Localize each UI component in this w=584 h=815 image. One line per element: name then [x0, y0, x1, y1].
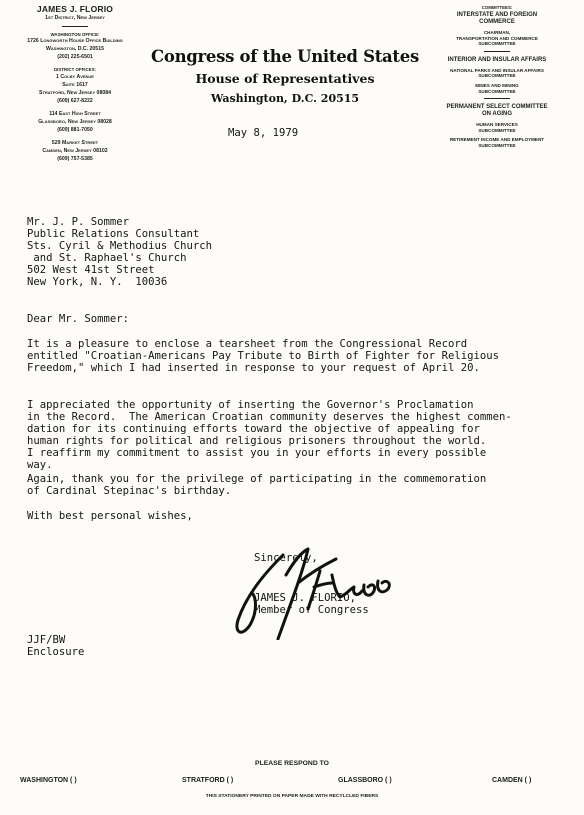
district-office-stratford: 1 Colby Avenue Suite 1617 Stratford, New…: [0, 73, 150, 105]
office-line: Suite 1617: [0, 81, 150, 89]
respond-option-camden[interactable]: CAMDEN ( ): [492, 777, 531, 784]
committees-heading: COMMITTEES:: [410, 5, 584, 10]
initials-enclosure: JJF/BW Enclosure: [27, 634, 84, 658]
committee-name: PERMANENT SELECT COMMITTEE: [410, 104, 584, 111]
masthead-title: Congress of the United States: [150, 47, 420, 67]
subcommittee-line: SUBCOMMITTEE: [410, 128, 584, 134]
body-paragraph: It is a pleasure to enclose a tearsheet …: [27, 338, 499, 374]
salutation: Dear Mr. Sommer:: [27, 313, 129, 325]
committee-name: INTERIOR AND INSULAR AFFAIRS: [410, 57, 584, 64]
committee-name: INTERSTATE AND FOREIGN: [410, 12, 584, 19]
letter-date: May 8, 1979: [228, 127, 298, 139]
washington-address-line: 1726 Longworth House Office Building: [0, 37, 150, 45]
divider: [484, 98, 510, 99]
office-phone: (609) 757-5385: [0, 155, 150, 163]
masthead-city: Washington, D.C. 20515: [150, 90, 420, 108]
office-line: Stratford, New Jersey 08084: [0, 89, 150, 97]
congressman-contact-block: JAMES J. FLORIO 1st District, New Jersey…: [0, 4, 150, 163]
subcommittee-line: SUBCOMMITTEE: [410, 41, 584, 47]
committee-name: COMMERCE: [410, 19, 584, 26]
office-line: 114 East High Street: [0, 110, 150, 118]
committee-name: ON AGING: [410, 111, 584, 118]
respond-option-glassboro[interactable]: GLASSBORO ( ): [338, 777, 392, 784]
divider: [62, 26, 88, 27]
office-line: Camden, New Jersey 08102: [0, 147, 150, 155]
district-office-glassboro: 114 East High Street Glassboro, New Jers…: [0, 110, 150, 134]
office-phone: (609) 881-7050: [0, 126, 150, 134]
handwritten-signature: [228, 545, 398, 640]
subcommittee-line: SUBCOMMITTEE: [410, 89, 584, 95]
district-office-camden: 529 Market Street Camden, New Jersey 081…: [0, 139, 150, 163]
congressman-name: JAMES J. FLORIO: [0, 4, 150, 14]
district-offices-label: DISTRICT OFFICES:: [0, 67, 150, 72]
office-phone: (609) 627-8222: [0, 97, 150, 105]
respond-label: PLEASE RESPOND TO: [0, 760, 584, 767]
respond-option-washington[interactable]: WASHINGTON ( ): [20, 777, 77, 784]
committee-interior-affairs: INTERIOR AND INSULAR AFFAIRS NATIONAL PA…: [410, 57, 584, 94]
recycled-paper-note: THIS STATIONERY PRINTED ON PAPER MADE WI…: [0, 794, 584, 799]
subcommittee-line: SUBCOMMITTEE: [410, 73, 584, 79]
closing-line: With best personal wishes,: [27, 510, 193, 522]
letter-page: JAMES J. FLORIO 1st District, New Jersey…: [0, 0, 584, 815]
office-line: Glassboro, New Jersey 08028: [0, 118, 150, 126]
body-paragraph: I appreciated the opportunity of inserti…: [27, 399, 512, 472]
office-line: 1 Colby Avenue: [0, 73, 150, 81]
masthead: Congress of the United States House of R…: [150, 47, 420, 108]
washington-phone: (202) 225-6501: [0, 53, 150, 61]
committee-interstate-commerce: INTERSTATE AND FOREIGN COMMERCE CHAIRMAN…: [410, 12, 584, 47]
washington-address-line: Washington, D.C. 20515: [0, 45, 150, 53]
committees-block: COMMITTEES: INTERSTATE AND FOREIGN COMME…: [410, 5, 584, 149]
committee-aging: PERMANENT SELECT COMMITTEE ON AGING HUMA…: [410, 104, 584, 148]
subcommittee-line: SUBCOMMITTEE: [410, 143, 584, 149]
office-line: 529 Market Street: [0, 139, 150, 147]
body-paragraph: Again, thank you for the privilege of pa…: [27, 473, 486, 497]
masthead-subtitle: House of Representatives: [150, 69, 420, 88]
recipient-address: Mr. J. P. Sommer Public Relations Consul…: [27, 216, 212, 289]
district-label: 1st District, New Jersey: [0, 15, 150, 21]
divider: [484, 51, 510, 52]
respond-option-stratford[interactable]: STRATFORD ( ): [182, 777, 233, 784]
